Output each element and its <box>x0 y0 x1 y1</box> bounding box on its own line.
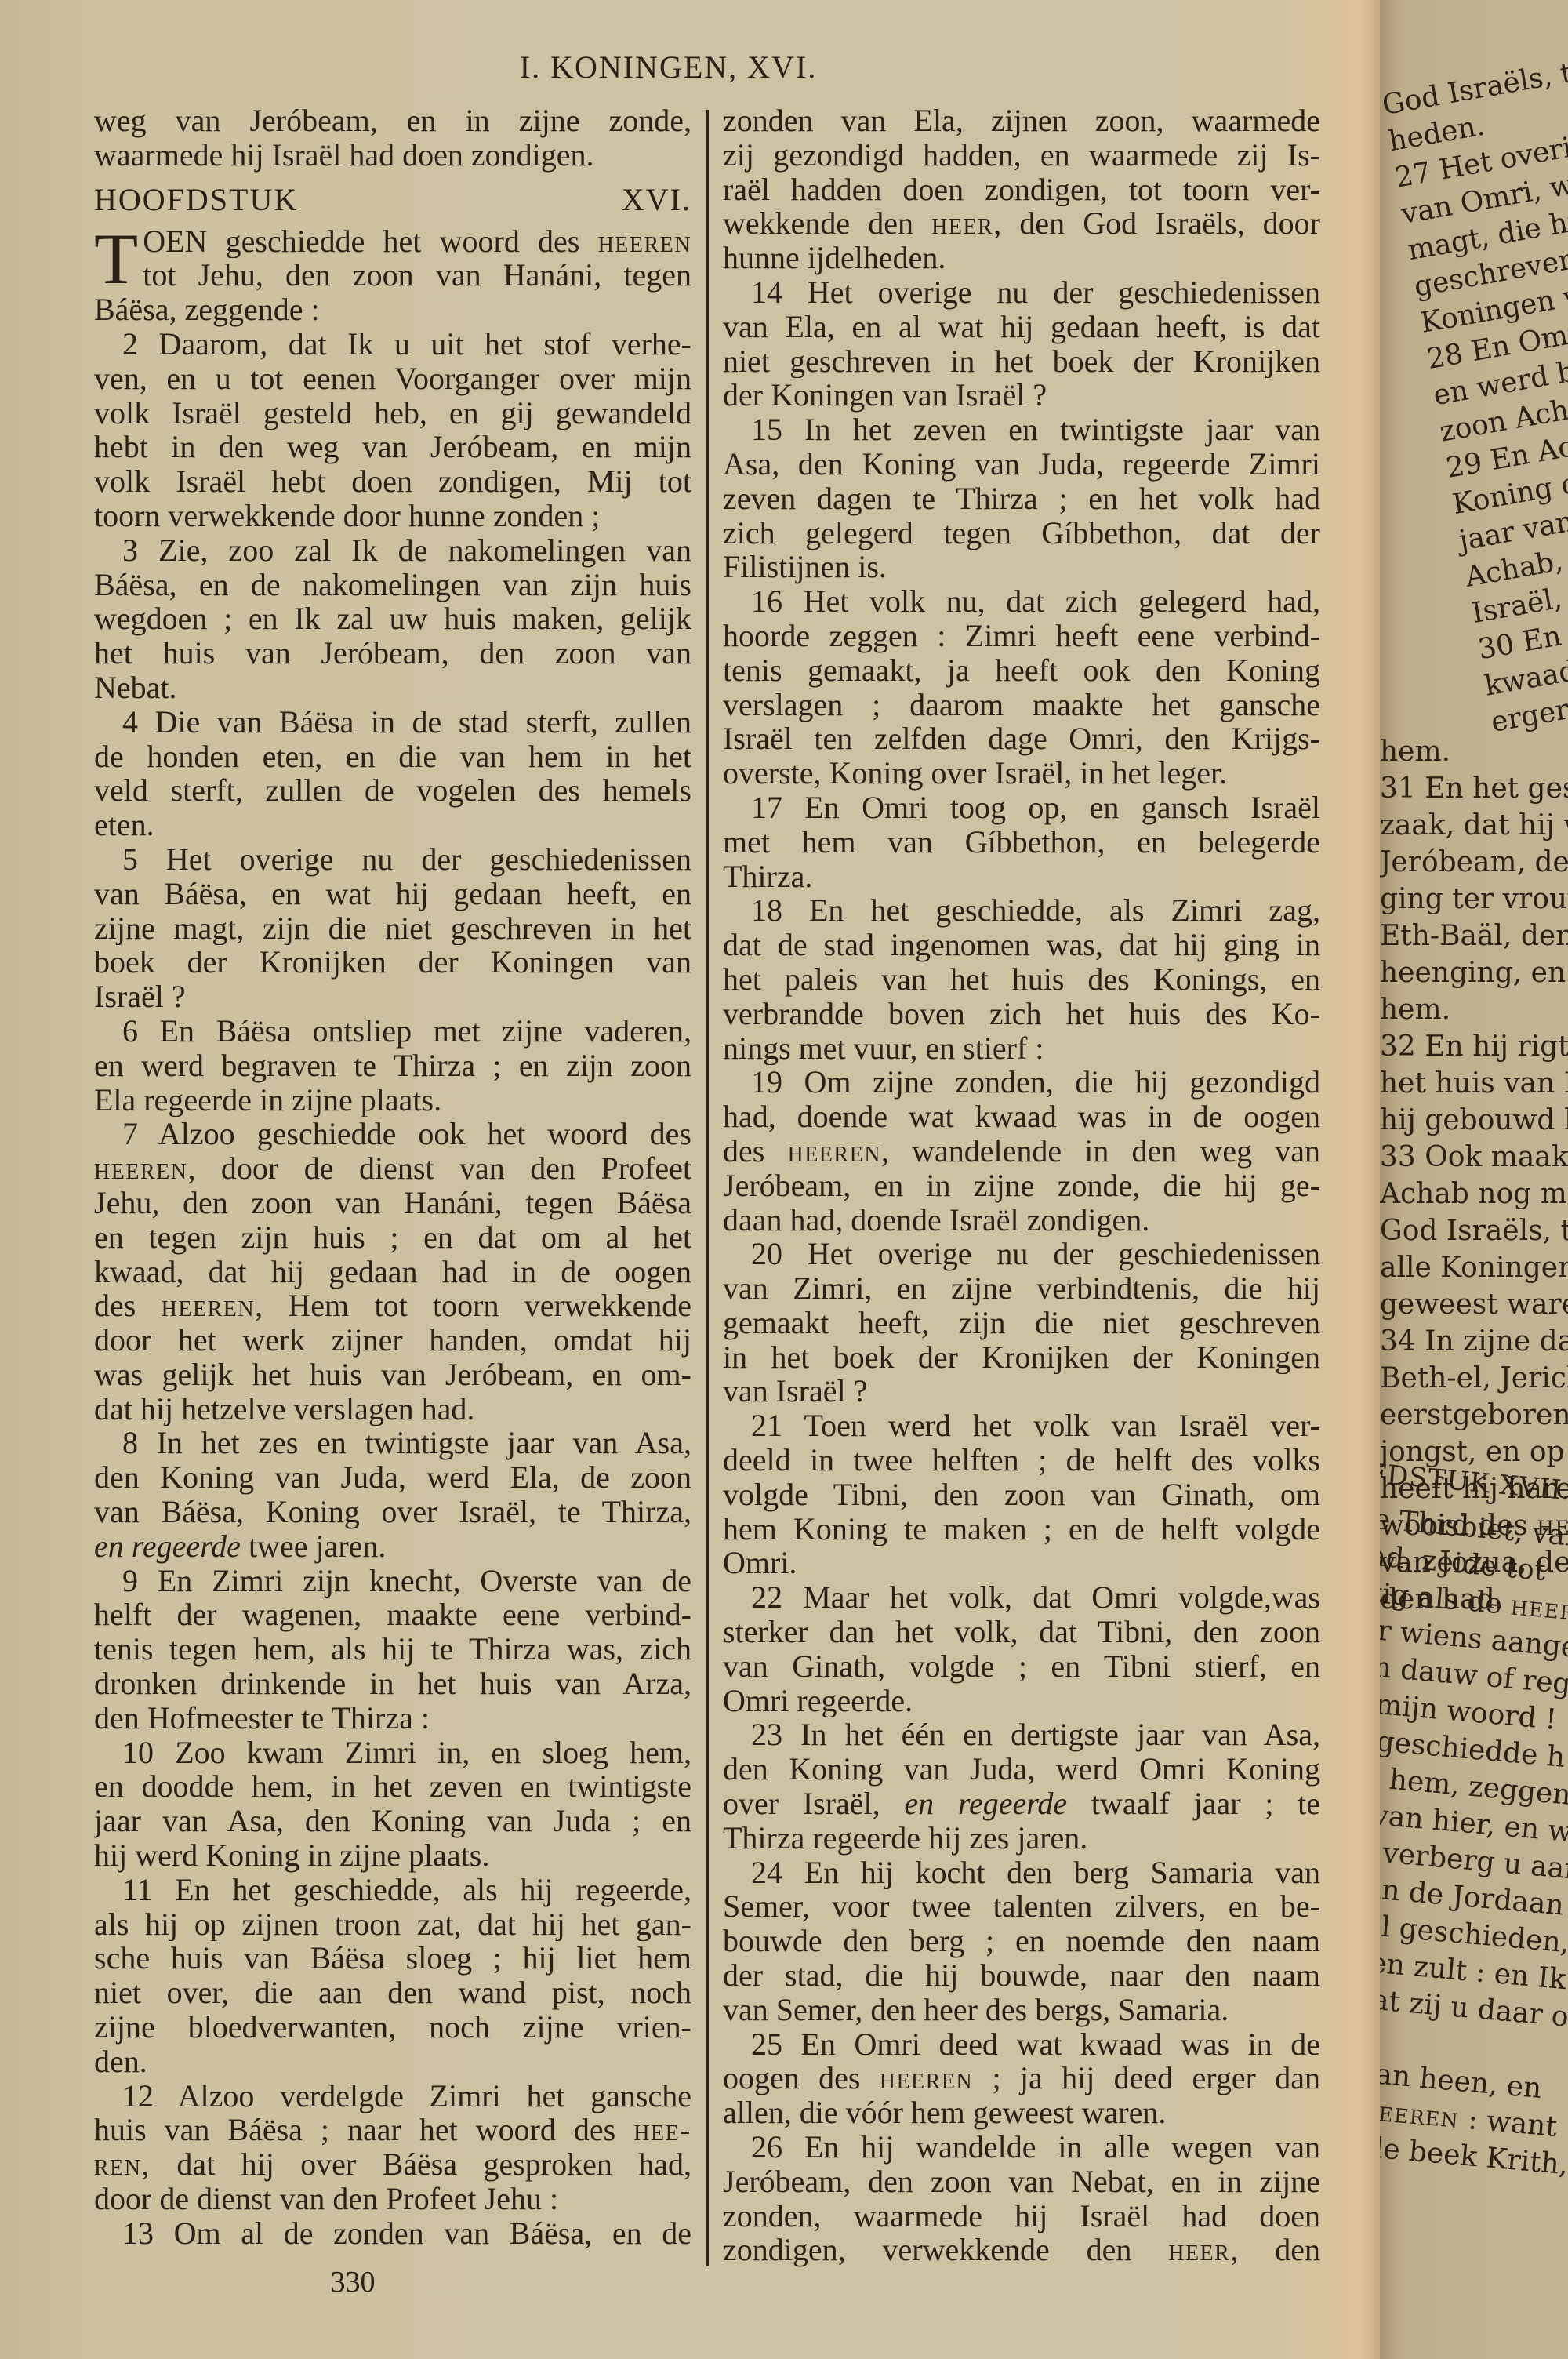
text-line: den Hofmeester te Thirza : <box>94 1701 691 1736</box>
text-line: heeren, door de dienst van den Profeet <box>94 1151 691 1186</box>
text-line: 15 In het zeven en twintigste jaar van <box>723 413 1320 447</box>
text-line: veld sterft, zullen de vogelen des hemel… <box>94 773 691 808</box>
text-line: weg van Jeróbeam, en in zijne zonde, <box>94 104 691 138</box>
text-line: niet over, die aan den wand pist, noch <box>94 1976 691 2010</box>
text-line: sche huis van Báësa sloeg ; hij liet hem <box>94 1941 691 1976</box>
text-line: dat hij hetzelve verslagen had. <box>94 1392 691 1427</box>
text-line: allen, die vóór hem geweest waren. <box>723 2095 1320 2130</box>
text-line: zonden, waarmede hij Israël had doen <box>723 2199 1320 2234</box>
text-line: 16 Het volk nu, dat zich gelegerd had, <box>723 584 1320 619</box>
text-line: den. <box>94 2045 691 2079</box>
small-caps-lord: ren, <box>94 2147 151 2182</box>
text-line: der stad, die hij bouwde, naar den naam <box>723 1958 1320 1993</box>
text-line: wekkende den heer, den God Israëls, door <box>723 206 1320 241</box>
text-line: OEN geschiedde het woord des heeren <box>143 224 691 259</box>
text-line: 26 En hij wandelde in alle wegen van <box>723 2130 1320 2165</box>
text-line: van Báësa, Koning over Israël, te Thirza… <box>94 1495 691 1529</box>
right-column: zonden van Ela, zijnen zoon, waarmedezij… <box>723 104 1320 2267</box>
text-line: Omri regeerde. <box>723 1684 1320 1718</box>
text-line: zijne bloedverwanten, noch zijne vrien- <box>94 2010 691 2045</box>
text-line: dat de stad ingenomen was, dat hij ging … <box>723 928 1320 962</box>
text-line: van Israël ? <box>723 1374 1320 1408</box>
text-line: hoorde zeggen : Zimri heeft eene verbind… <box>723 619 1320 653</box>
text-line: Jehu, den zoon van Hanáni, tegen Báësa <box>94 1186 691 1220</box>
text-line: Asa, den Koning van Juda, regeerde Zimri <box>723 447 1320 482</box>
text-line: 18 En het geschiedde, als Zimri zag, <box>723 893 1320 928</box>
text-line: Jeróbeam, en in zijne zonde, die hij ge- <box>723 1169 1320 1203</box>
text-line: zij gezondigd hadden, en waarmede zij Is… <box>723 138 1320 173</box>
text-line: 9 En Zimri zijn knecht, Overste van de <box>94 1564 691 1598</box>
text-line: Israël ? <box>94 980 691 1014</box>
text-line: Jeróbeam, den zoon van Nebat, en in zijn… <box>723 2165 1320 2199</box>
text-line: tenis gemaakt, ja heeft ook den Koning <box>723 653 1320 688</box>
facing-text-line: eerstgeborenen zoon, heeft <box>1380 1397 1568 1434</box>
text-line: niet geschreven in het boek der Kronijke… <box>723 344 1320 379</box>
facing-text-line: hem. <box>1380 991 1568 1028</box>
text-line: als hij op zijnen troon zat, dat hij het… <box>94 1907 691 1942</box>
text-line: waarmede hij Israël had doen zondigen. <box>94 138 691 173</box>
text-line: 3 Zie, zoo zal Ik de nakomelingen van <box>94 533 691 568</box>
facing-text-line: God Israëls, tot toorn <box>1380 1212 1568 1249</box>
facing-text-line: geweest waren. <box>1380 1286 1568 1323</box>
facing-page-bottom-text: HOOFDSTUK XVII.1 Elía, de Thisbiet, vanv… <box>1380 1423 1568 2230</box>
text-line: zonden van Ela, zijnen zoon, waarmede <box>723 104 1320 138</box>
text-line: in het boek der Kronijken der Koningen <box>723 1340 1320 1375</box>
text-line: volk Israël hebt doen zondigen, Mij tot <box>94 464 691 499</box>
text-line: Thirza. <box>723 860 1320 894</box>
facing-text-line: ging ter vrouwe nam Iz <box>1380 881 1568 918</box>
text-line: toorn verwekkende door hunne zonden ; <box>94 499 691 533</box>
text-line: 21 Toen werd het volk van Israël ver- <box>723 1408 1320 1443</box>
text-line: TOEN geschiedde het woord des heerentot … <box>94 224 691 293</box>
text-line: door het werk zijner handen, omdat hij <box>94 1323 691 1358</box>
text-line: zeven dagen te Thirza ; en het volk had <box>723 482 1320 516</box>
facing-text-line: Achab nog meer deed <box>1380 1176 1568 1212</box>
text-line: 23 In het één en dertigste jaar van Asa, <box>723 1717 1320 1752</box>
text-line: des heeren, Hem tot toorn verwekkende <box>94 1289 691 1323</box>
text-line: eten. <box>94 808 691 842</box>
text-line: huis van Báësa ; naar het woord des hee- <box>94 2113 691 2147</box>
text-line: 19 Om zijne zonden, die hij gezondigd <box>723 1065 1320 1100</box>
text-line: bouwde den berg ; en noemde den naam <box>723 1924 1320 1958</box>
text-line: Nebat. <box>94 671 691 705</box>
text-line: wegdoen ; en Ik zal uw huis maken, gelij… <box>94 602 691 636</box>
small-caps-lord: heeren <box>787 1134 880 1169</box>
left-column: weg van Jeróbeam, en in zijne zonde,waar… <box>94 104 691 2251</box>
text-line: van Ela, en al wat hij gedaan heeft, is … <box>723 310 1320 344</box>
small-caps-lord: heer <box>1509 1589 1568 1627</box>
text-line: 5 Het overige nu der geschiedenissen <box>94 842 691 877</box>
text-line: overste, Koning over Israël, in het lege… <box>723 756 1320 791</box>
text-line: en regeerde twee jaren. <box>94 1529 691 1564</box>
text-line: van Ginath, volgde ; en Tibni stierf, en <box>723 1649 1320 1684</box>
small-caps-lord: heer <box>931 206 993 241</box>
text-line: 12 Alzoo verdelgde Zimri het gansche <box>94 2079 691 2114</box>
drop-cap: T <box>94 227 138 290</box>
text-line: tot Jehu, den zoon van Hanáni, tegen <box>143 258 691 293</box>
text-line: volgde Tibni, den zoon van Ginath, om <box>723 1478 1320 1512</box>
facing-text-line: 32 En hij rigtte voor Ba <box>1380 1028 1568 1065</box>
text-line: zondigen, verwekkende den heer, den <box>723 2233 1320 2267</box>
text-line: 7 Alzoo geschiedde ook het woord des <box>94 1117 691 1151</box>
text-line: van Semer, den heer des bergs, Samaria. <box>723 1993 1320 2027</box>
text-line: over Israël, en regeerde twaalf jaar ; t… <box>723 1787 1320 1821</box>
text-line: Semer, voor twee talenten zilvers, en be… <box>723 1889 1320 1924</box>
facing-text-line: Eth-Baäl, den Koning <box>1380 918 1568 954</box>
facing-text-line: Jeróbeam, den zoon v <box>1380 844 1568 881</box>
text-line: hebt in den weg van Jeróbeam, en mijn <box>94 430 691 464</box>
text-line: hem Koning te maken ; en de helft volgde <box>723 1512 1320 1547</box>
text-line: 20 Het overige nu der geschiedenissen <box>723 1237 1320 1271</box>
text-line: den Koning van Juda, werd Ela, de zoon <box>94 1460 691 1495</box>
text-line: sterker dan het volk, dat Tibni, den zoo… <box>723 1615 1320 1649</box>
text-line: hunne ijdelheden. <box>723 241 1320 275</box>
facing-text-line: hem. <box>1380 733 1568 770</box>
text-line: Thirza regeerde hij zes jaren. <box>723 1821 1320 1856</box>
text-line: 25 En Omri deed wat kwaad was in de <box>723 2027 1320 2062</box>
text-line: dronken drinkende in het huis van Arza, <box>94 1667 691 1701</box>
text-line: van Báësa, en wat hij gedaan heeft, en <box>94 877 691 911</box>
text-line: 14 Het overige nu der geschiedenissen <box>723 275 1320 310</box>
facing-text-line: hij gebouwd had. <box>1380 1102 1568 1139</box>
facing-text-line: 34 In zijne dagen bou <box>1380 1323 1568 1360</box>
text-line: Báësa, zeggende : <box>94 293 691 327</box>
text-line: 22 Maar het volk, dat Omri volgde,was <box>723 1580 1320 1615</box>
text-line: was gelijk het huis van Jeróbeam, en om- <box>94 1358 691 1392</box>
text-line: van Zimri, en zijne verbindtenis, die hi… <box>723 1271 1320 1306</box>
text-line: met hem van Gíbbethon, en belegerde <box>723 825 1320 860</box>
text-line: hij werd Koning in zijne plaats. <box>94 1838 691 1873</box>
running-head: I. KONINGEN, XVI. <box>0 49 1352 85</box>
small-caps-lord: heeren <box>598 224 691 259</box>
text-line: en doodde hem, in het zeven en twintigst… <box>94 1769 691 1804</box>
facing-text-line: 33 Ook maakte Achab e <box>1380 1139 1568 1176</box>
small-caps-lord: heeren <box>880 2061 973 2095</box>
text-line: Báësa, en de nakomelingen van zijn huis <box>94 568 691 602</box>
text-line: 11 En het geschiedde, als hij regeerde, <box>94 1873 691 1907</box>
text-line: daan had, doende Israël zondigen. <box>723 1203 1320 1238</box>
text-line: 24 En hij kocht den berg Samaria van <box>723 1856 1320 1890</box>
facing-page: God Israëls, tot toorn, dheden.27 Het ov… <box>1380 0 1568 2359</box>
text-line: Omri. <box>723 1546 1320 1580</box>
text-line: 13 Om al de zonden van Báësa, en de <box>94 2216 691 2251</box>
text-line: het huis van Jeróbeam, den zoon van <box>94 636 691 671</box>
text-line: door de dienst van den Profeet Jehu : <box>94 2182 691 2216</box>
text-line: jaar van Asa, den Koning van Juda ; en <box>94 1804 691 1838</box>
text-line: verslagen ; daarom maakte het gansche <box>723 688 1320 722</box>
small-caps-lord: heeren <box>1380 2094 1461 2135</box>
facing-page-top-text: God Israëls, tot toorn, dheden.27 Het ov… <box>1380 6 1568 741</box>
text-line: tenis tegen hem, als hij te Thirza was, … <box>94 1632 691 1667</box>
text-line: boek der Kronijken der Koningen van <box>94 945 691 980</box>
text-line: gemaakt heeft, zijn die niet geschreven <box>723 1306 1320 1340</box>
text-line: Filistijnen is. <box>723 550 1320 584</box>
small-caps-lord: heeren <box>94 1151 187 1186</box>
facing-text-line: het huis van Baäl, het <box>1380 1065 1568 1102</box>
facing-text-line: heenging, en diende Ba <box>1380 954 1568 991</box>
text-line: zijne magt, zijn die niet geschreven in … <box>94 911 691 946</box>
text-line: kwaad, dat hij gedaan had in de oogen <box>94 1255 691 1289</box>
text-line: het paleis van het huis des Konings, en <box>723 962 1320 997</box>
text-line: nings met vuur, en stierf : <box>723 1031 1320 1066</box>
text-line: ren, dat hij over Báësa gesproken had, <box>94 2147 691 2182</box>
text-line: zich gelegerd tegen Gíbbethon, dat der <box>723 516 1320 551</box>
text-line: den Koning van Juda, werd Omri Koning <box>723 1752 1320 1787</box>
text-line: der Koningen van Israël ? <box>723 378 1320 413</box>
text-line: oogen des heeren ; ja hij deed erger dan <box>723 2061 1320 2095</box>
text-line: 4 Die van Báësa in de stad sterft, zulle… <box>94 705 691 740</box>
text-line: Israël ten zelfden dage Omri, den Krijgs… <box>723 722 1320 756</box>
text-line: en tegen zijn huis ; en dat om al het <box>94 1220 691 1255</box>
italic-text: en regeerde <box>94 1529 241 1564</box>
text-line: 2 Daarom, dat Ik u uit het stof verhe- <box>94 327 691 362</box>
facing-text-line: 31 En het geschiedde, <box>1380 770 1568 807</box>
facing-text-line: zaak, dat hij wandeld <box>1380 807 1568 844</box>
text-line: 8 In het zes en twintigste jaar van Asa, <box>94 1426 691 1460</box>
text-line: Ela regeerde in zijne plaats. <box>94 1083 691 1118</box>
text-line: 10 Zoo kwam Zimri in, en sloeg hem, <box>94 1736 691 1770</box>
text-line: raël hadden doen zondigen, tot toorn ver… <box>723 173 1320 207</box>
text-line: verbrandde boven zich het huis des Ko- <box>723 997 1320 1031</box>
text-line: deeld in twee helften ; de helft des vol… <box>723 1443 1320 1478</box>
small-caps-lord: heer <box>1168 2233 1230 2267</box>
text-line: had, doende wat kwaad was in de oogen <box>723 1100 1320 1134</box>
facing-text-line: Beth-el, Jericho : op A <box>1380 1360 1568 1397</box>
chapter-heading: HOOFDSTUK XVI. <box>94 173 691 224</box>
italic-text: en regeerde <box>904 1787 1067 1821</box>
small-caps-lord: heeren <box>162 1289 255 1323</box>
text-line: volk Israël gesteld heb, en gij gewandel… <box>94 396 691 431</box>
column-divider <box>706 110 709 2266</box>
text-line: des heeren, wandelende in den weg van <box>723 1134 1320 1169</box>
text-line: en werd begraven te Thirza ; en zijn zoo… <box>94 1049 691 1083</box>
text-line: ven, en u tot eenen Voorganger over mijn <box>94 362 691 396</box>
small-caps-lord: hee- <box>633 2113 691 2147</box>
page-number: 330 <box>0 2265 706 2299</box>
text-line: de honden eten, en die van hem in het <box>94 740 691 774</box>
text-line: helft der wagenen, maakte eene verbind- <box>94 1598 691 1632</box>
text-line: 17 En Omri toog op, en gansch Israël <box>723 791 1320 825</box>
text-line: 6 En Báësa ontsliep met zijne vaderen, <box>94 1014 691 1049</box>
facing-text-line: alle Koningen van I <box>1380 1249 1568 1286</box>
